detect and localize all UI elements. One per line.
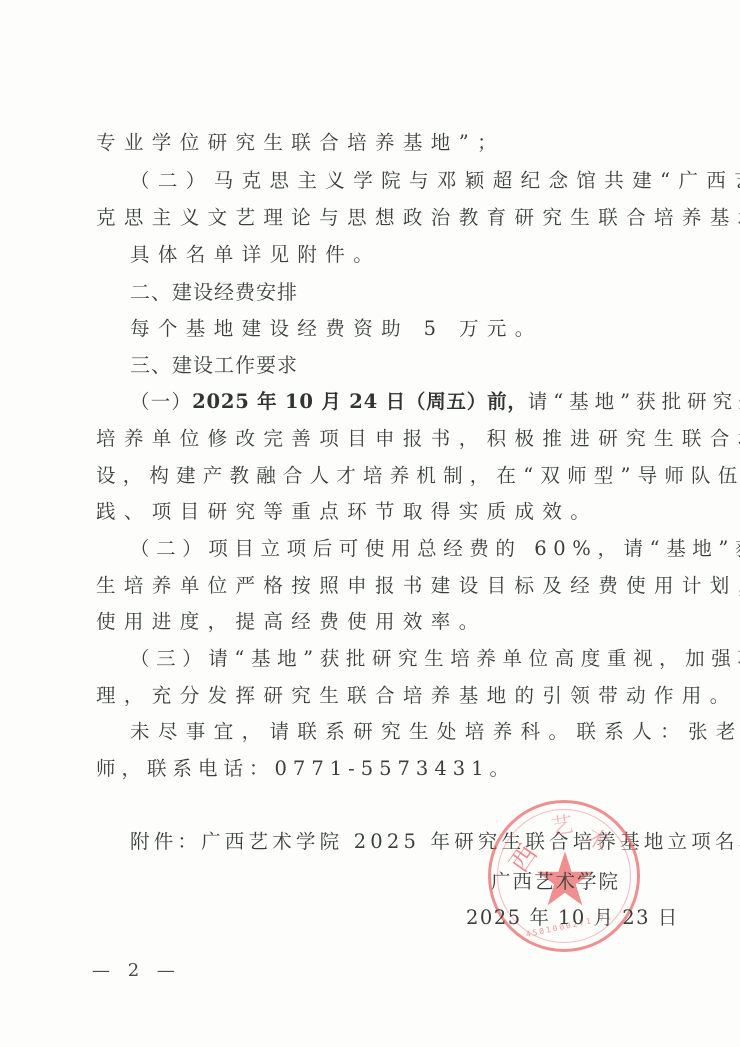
text-line: 专业学位研究生联合培养基地”； [96, 130, 656, 156]
item-line: （一）2025 年 10 月 24 日（周五）前，请“基地”获批研究生 [130, 389, 690, 415]
text-line: 践、项目研究等重点环节取得实质成效。 [96, 499, 656, 525]
item-prefix: （一） [130, 390, 192, 413]
text-line: 生培养单位严格按照申报书建设目标及经费使用计划，加快经费 [96, 573, 656, 599]
text-line: 具体名单详见附件。 [130, 242, 690, 268]
contact-phone: 师，联系电话：0771-5573431。 [96, 756, 656, 782]
page-number: — 2 — [92, 960, 181, 981]
text-line: 未尽事宜，请联系研究生处培养科。联系人：张老师、邹老 [130, 719, 690, 745]
text-line: 设，构建产教融合人才培养机制，在“双师型”导师队伍、教学实 [96, 463, 656, 489]
signature-org: 广西艺术学院 [491, 866, 620, 894]
deadline-text: 2025 年 10 月 24 日（周五）前， [192, 390, 528, 413]
signature-date: 2025 年 10 月 23 日 [466, 902, 679, 930]
section-heading: 二、建设经费安排 [130, 279, 690, 305]
text-line: 培养单位修改完善项目申报书，积极推进研究生联合培养基地建 [96, 426, 656, 452]
text-line: 克思主义文艺理论与思想政治教育研究生联合培养基地”。 [96, 205, 656, 231]
section-heading: 三、建设工作要求 [130, 352, 690, 378]
text-line: 使用进度，提高经费使用效率。 [96, 609, 656, 635]
text-line: （三）请“基地”获批研究生培养单位高度重视，加强项目管 [130, 646, 690, 672]
item-text: 请“基地”获批研究生 [528, 390, 740, 413]
text-line: 理，充分发挥研究生联合培养基地的引领带动作用。 [96, 683, 656, 709]
document-page: 专业学位研究生联合培养基地”； （二）马克思主义学院与邓颖超纪念馆共建“广西艺术… [0, 0, 740, 1047]
text-line: （二）马克思主义学院与邓颖超纪念馆共建“广西艺术学院马 [130, 168, 690, 194]
text-line: （二）项目立项后可使用总经费的 60%，请“基地”获批研究 [130, 536, 690, 562]
text-line: 每个基地建设经费资助 5 万元。 [130, 316, 690, 342]
